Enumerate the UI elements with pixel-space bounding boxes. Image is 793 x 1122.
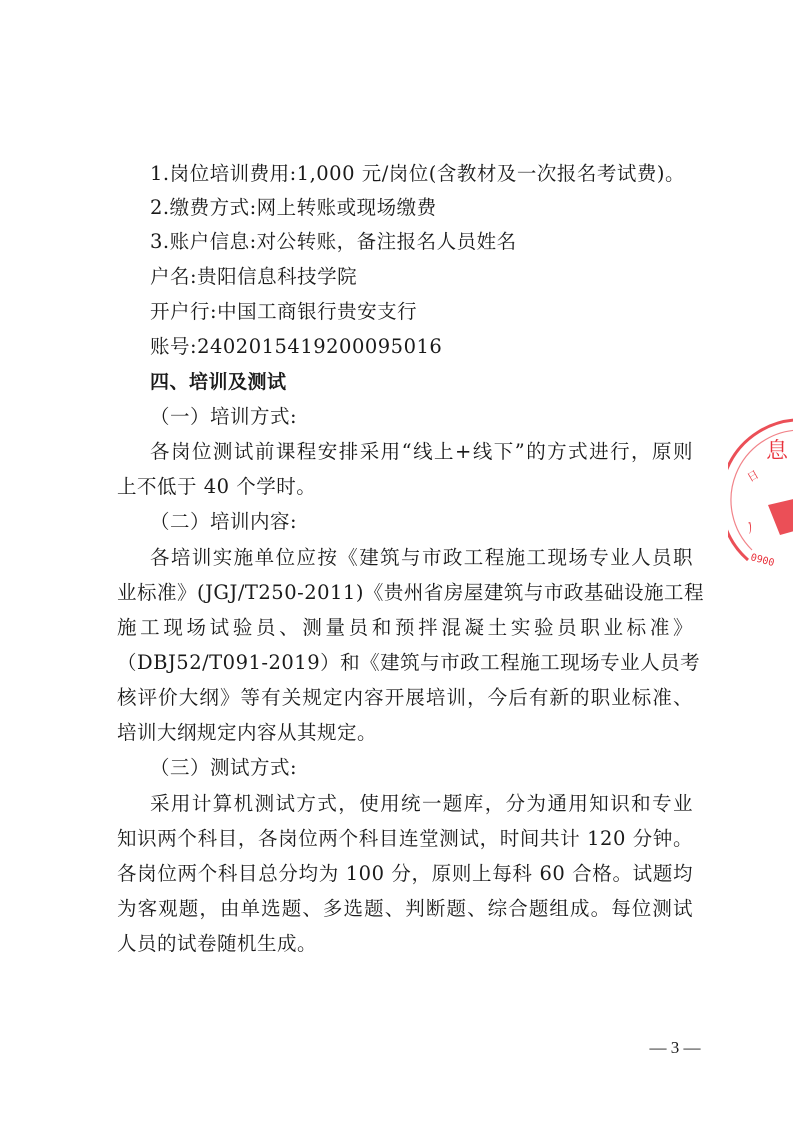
paragraph-line: 上不低于 40 个学时。 xyxy=(117,475,316,499)
subsection-heading-3: （三）测试方式: xyxy=(150,756,297,780)
account-number: 账号:2402015419200095016 xyxy=(150,335,442,359)
paragraph-line: 采用计算机测试方式，使用统一题库，分为通用知识和专业 xyxy=(150,792,693,816)
account-name: 户名:贵阳信息科技学院 xyxy=(150,265,357,289)
fee-item-2: 2.缴费方式:网上转账或现场缴费 xyxy=(150,196,437,220)
page-number: — 3 — xyxy=(600,1038,750,1058)
svg-text:ノ: ノ xyxy=(741,518,761,538)
bank-name: 开户行:中国工商银行贵安支行 xyxy=(150,300,417,324)
paragraph-line: （DBJ52/T091-2019）和《建筑与市政工程施工现场专业人员考 xyxy=(117,651,693,675)
fee-item-3: 3.账户信息:对公转账，备注报名人员姓名 xyxy=(150,230,517,254)
paragraph-line: 各岗位测试前课程安排采用“线上+线下”的方式进行，原则 xyxy=(150,440,693,464)
document-page: 1.岗位培训费用:1,000 元/岗位(含教材及一次报名考试费)。 2.缴费方式… xyxy=(0,0,793,1122)
svg-text:日: 日 xyxy=(745,468,761,485)
section-heading: 四、培训及测试 xyxy=(150,370,287,394)
paragraph-line: 为客观题，由单选题、多选题、判断题、综合题组成。每位测试 xyxy=(117,897,693,921)
subsection-heading-1: （一）培训方式: xyxy=(150,405,297,429)
seal-char: 息 xyxy=(766,439,789,464)
paragraph-line: 知识两个科目，各岗位两个科目连堂测试，时间共计 120 分钟。 xyxy=(117,827,693,851)
paragraph-line: 各培训实施单位应按《建筑与市政工程施工现场专业人员职 xyxy=(150,546,693,570)
paragraph-line: 业标准》(JGJ/T250-2011)《贵州省房屋建筑与市政基础设施工程 xyxy=(117,581,693,605)
paragraph-line: 核评价大纲》等有关规定内容开展培训，今后有新的职业标准、 xyxy=(117,686,693,710)
official-seal-stamp: 息 日 ノ 0900 xyxy=(728,410,793,580)
paragraph-line: 各岗位两个科目总分均为 100 分，原则上每科 60 合格。试题均 xyxy=(117,862,693,886)
paragraph-line: 培训大纲规定内容从其规定。 xyxy=(117,721,377,745)
fee-item-1: 1.岗位培训费用:1,000 元/岗位(含教材及一次报名考试费)。 xyxy=(150,162,685,186)
paragraph-line: 施工现场试验员、测量员和预拌混凝土实验员职业标准》 xyxy=(117,616,693,640)
svg-text:0900: 0900 xyxy=(749,552,775,569)
subsection-heading-2: （二）培训内容: xyxy=(150,510,297,534)
paragraph-line: 人员的试卷随机生成。 xyxy=(117,932,317,956)
